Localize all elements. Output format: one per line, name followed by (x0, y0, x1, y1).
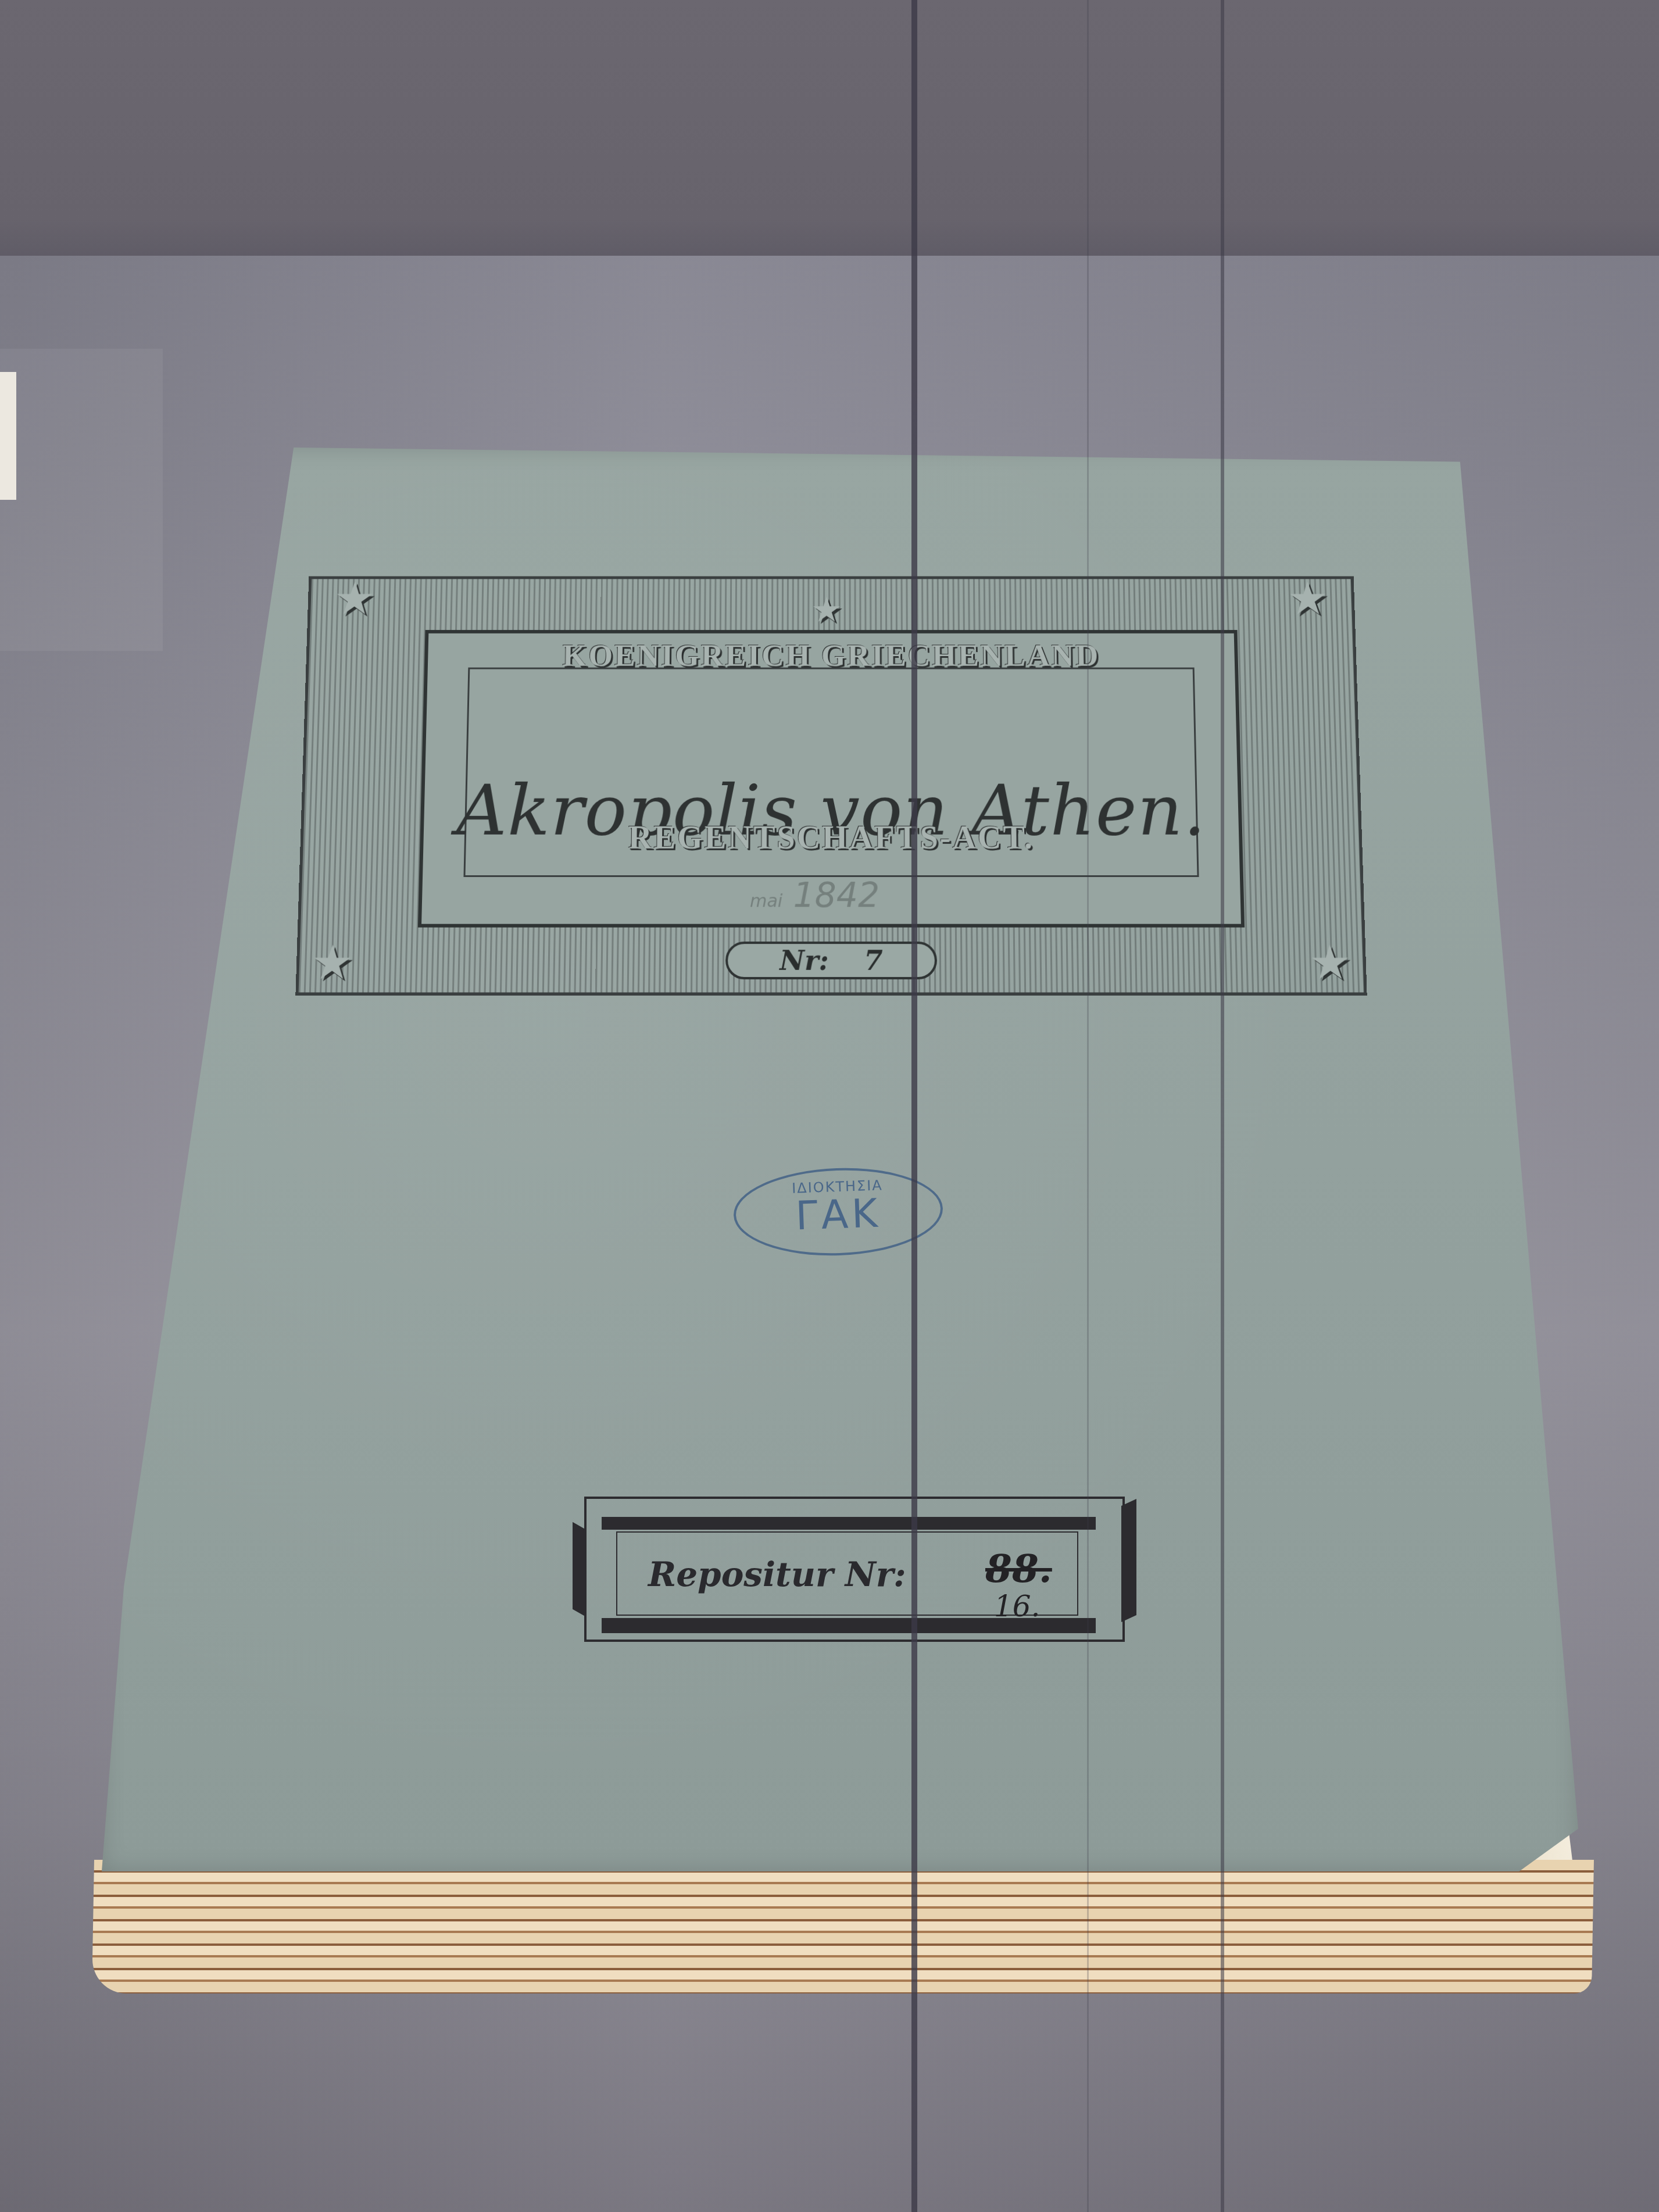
pencil-month: mai (750, 891, 782, 911)
glass-reflection-line (911, 0, 917, 2212)
regency-act-heading: REGENTSCHAFTS-ACT. (423, 819, 1239, 857)
label-side-right (1121, 1499, 1136, 1622)
pencil-year: 1842 (793, 875, 879, 915)
repository-new-number: 16. (994, 1590, 1041, 1623)
title-panel: KOENIGREICH GRIECHENLAND Akropolis von A… (418, 630, 1245, 928)
adjacent-exhibit-panel (0, 349, 163, 651)
background-wall (0, 0, 1659, 273)
glass-reflection-line (1087, 0, 1089, 2212)
star-icon: ★ (1286, 576, 1329, 621)
number-label: Nr: (780, 944, 828, 976)
glass-reflection-line (1221, 0, 1224, 2212)
document-number-oval: Nr:7 (725, 942, 937, 979)
label-side-left (573, 1522, 585, 1617)
stamp-archive-abbrev: ΓΑΚ (735, 1191, 941, 1239)
star-icon: ★ (811, 593, 842, 627)
ornamental-title-frame: ★ ★ ★ ★ ★ KOENIGREICH GRIECHENLAND Akrop… (295, 576, 1367, 995)
repository-label: Repositur Nr: 88. 16. (567, 1491, 1142, 1648)
page-stack (92, 1860, 1594, 1993)
repository-label-text: Repositur Nr: (648, 1555, 906, 1594)
number-value: 7 (864, 944, 882, 976)
star-icon: ★ (1308, 939, 1352, 986)
star-icon: ★ (333, 576, 376, 621)
star-icon: ★ (310, 939, 354, 986)
adjacent-paper-edge (0, 372, 16, 500)
label-bar-top (602, 1517, 1096, 1530)
pencil-date-note: mai1842 (750, 875, 879, 915)
repository-old-number: 88. (985, 1546, 1052, 1591)
